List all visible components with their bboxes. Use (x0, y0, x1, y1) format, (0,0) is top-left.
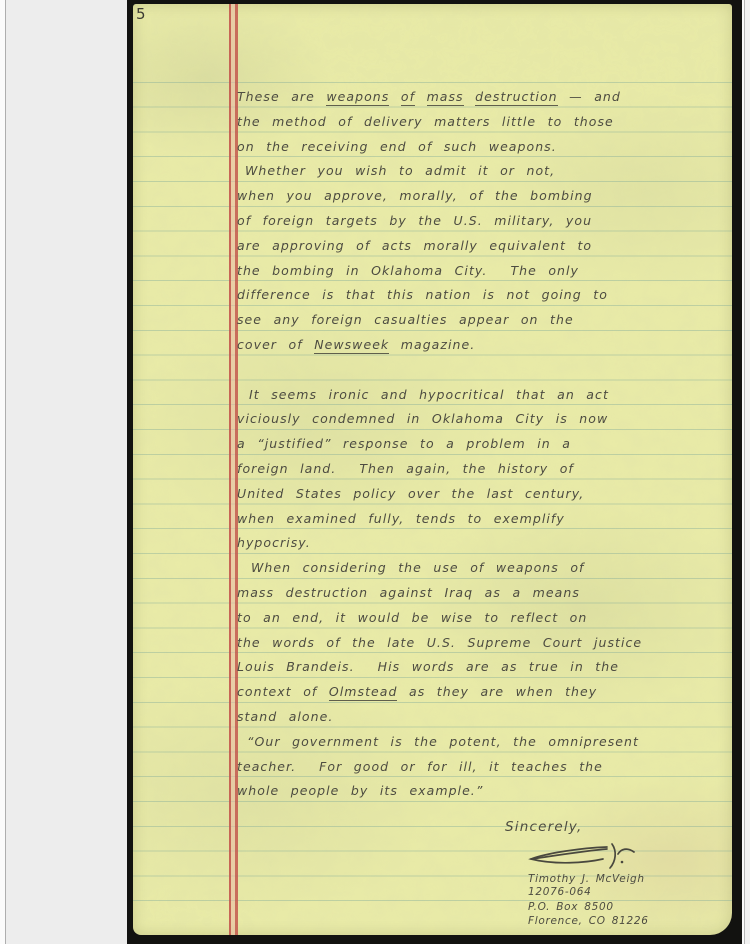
underlined-word: destruction (475, 89, 557, 106)
letter-line: cover of Newsweek magazine. (237, 335, 475, 355)
letter-line: These are weapons of mass destruction — … (237, 87, 621, 107)
letter-line: when you approve, morally, of the bombin… (237, 186, 593, 206)
letter-line: a “justified” response to a problem in a (237, 434, 571, 454)
letter-line: whole people by its example.” (237, 781, 483, 801)
closing-sincerely: Sincerely, (505, 819, 582, 835)
letter-line: the method of delivery matters little to… (237, 112, 614, 132)
letter-line: are approving of acts morally equivalent… (237, 236, 592, 256)
letter-line: on the receiving end of such weapons. (237, 137, 557, 157)
letter-line: hypocrisy. (237, 533, 311, 553)
po-box: P.O. Box 8500 (528, 901, 649, 914)
signature-scribble (523, 840, 635, 874)
underlined-word: mass (427, 89, 464, 106)
letter-line: the words of the late U.S. Supreme Court… (237, 633, 642, 653)
scanner-bed-right (742, 0, 750, 944)
letter-line: “Our government is the potent, the omnip… (247, 732, 639, 752)
letter-line: teacher. For good or for ill, it teaches… (237, 757, 603, 777)
letter-line: context of Olmstead as they are when the… (237, 682, 597, 702)
letter-line: see any foreign casualties appear on the (237, 310, 574, 330)
letter-line: viciously condemned in Oklahoma City is … (237, 409, 608, 429)
underlined-word: of (401, 89, 415, 106)
letter-line: the bombing in Oklahoma City. The only (237, 261, 579, 281)
letter-line: foreign land. Then again, the history of (237, 459, 574, 479)
letter-line: When considering the use of weapons of (251, 558, 584, 578)
legal-pad-page: 5 These are weapons of mass destruction … (133, 4, 732, 935)
letter-line: of foreign targets by the U.S. military,… (237, 211, 592, 231)
scanner-bed-left (0, 0, 127, 944)
letter-body: These are weapons of mass destruction — … (133, 4, 732, 935)
letter-line: Louis Brandeis. His words are as true in… (237, 657, 619, 677)
letter-line: when examined fully, tends to exemplify (237, 509, 565, 529)
letter-line: United States policy over the last centu… (237, 484, 584, 504)
underlined-word: Olmstead (329, 684, 398, 701)
city-state-zip: Florence, CO 81226 (528, 915, 649, 928)
underlined-word: weapons (326, 89, 389, 106)
inmate-number: 12076-064 (528, 886, 649, 899)
letter-line: stand alone. (237, 707, 333, 727)
letter-line: mass destruction against Iraq as a means (237, 583, 580, 603)
letter-line: difference is that this nation is not go… (237, 285, 608, 305)
letter-line: It seems ironic and hypocritical that an… (249, 385, 609, 405)
underlined-word: Newsweek (314, 337, 389, 354)
letter-line: to an end, it would be wise to reflect o… (237, 608, 587, 628)
scanned-letter-page: 5 These are weapons of mass destruction … (0, 0, 750, 944)
address-block: Timothy J. McVeigh 12076-064 P.O. Box 85… (528, 873, 649, 928)
letter-line: Whether you wish to admit it or not, (245, 161, 555, 181)
sender-name: Timothy J. McVeigh (528, 873, 649, 886)
